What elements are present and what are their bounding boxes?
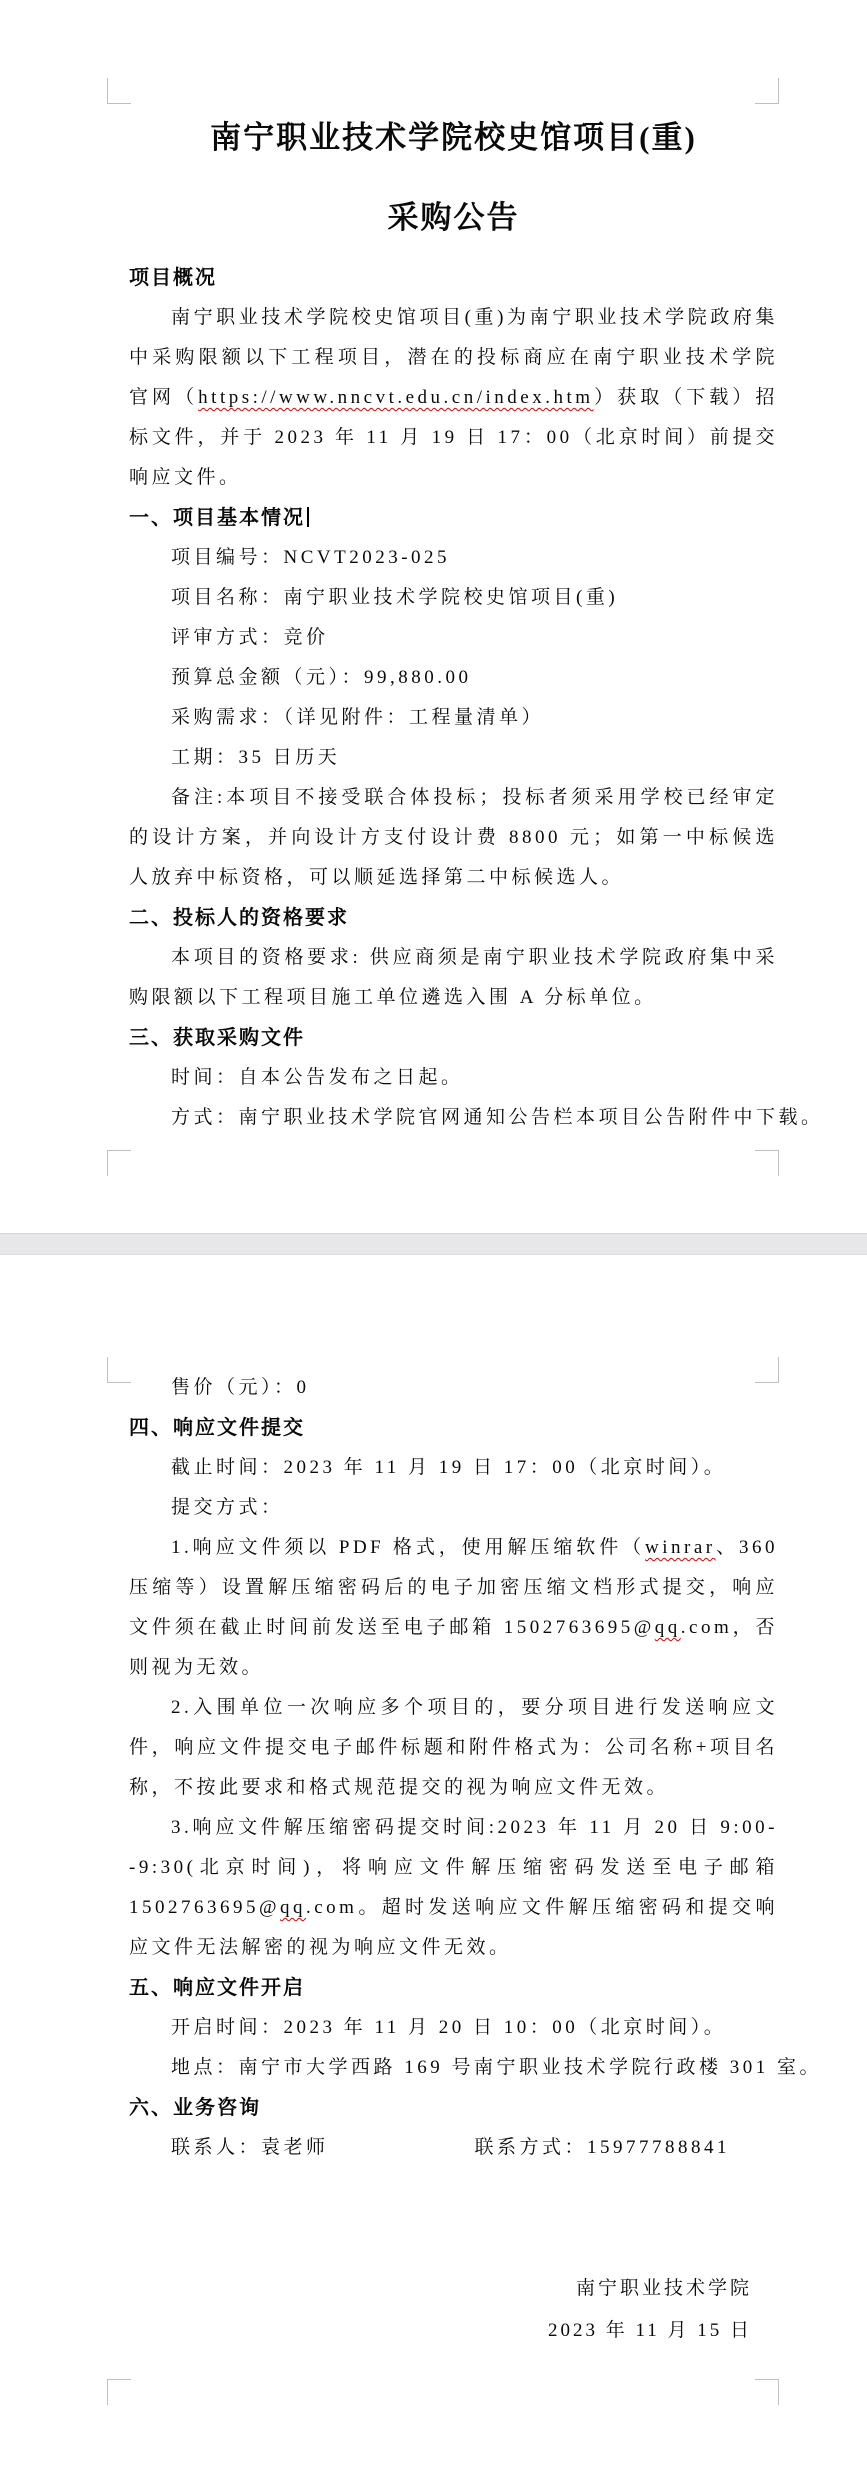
winrar-spellcheck-word: winrar [645, 1537, 716, 1558]
overview-paragraph: 南宁职业技术学院校史馆项目(重)为南宁职业技术学院政府集中采购限额以下工程项目，… [129, 298, 778, 498]
open-location-line: 地点：南宁市大学西路 169 号南宁职业技术学院行政楼 301 室。 [129, 2048, 778, 2088]
signature-date: 2023 年 11 月 15 日 [129, 2310, 752, 2352]
document-page-1[interactable]: 南宁职业技术学院校史馆项目(重) 采购公告 项目概况 南宁职业技术学院校史馆项目… [0, 0, 867, 1233]
page-separator [0, 1233, 867, 1255]
section6-heading: 六、业务咨询 [129, 2088, 778, 2128]
section1-heading: 一、项目基本情况 [129, 498, 778, 538]
qualification-paragraph: 本项目的资格要求: 供应商须是南宁职业技术学院政府集中采购限额以下工程项目施工单… [129, 938, 778, 1018]
document-title-line-1: 南宁职业技术学院校史馆项目(重) [129, 98, 778, 178]
document-page-2[interactable]: 售价（元）：0 四、响应文件提交 截止时间：2023 年 11 月 19 日 1… [0, 1255, 867, 2491]
remark-paragraph: 备注:本项目不接受联合体投标；投标者须采用学校已经审定的设计方案，并向设计方支付… [129, 778, 778, 898]
crop-mark-bottom-right [755, 2379, 779, 2405]
price-line: 售价（元）：0 [129, 1368, 778, 1408]
procurement-website-url: https://www.nncvt.edu.cn/index.htm [198, 387, 593, 408]
document-title-line-2: 采购公告 [129, 178, 778, 258]
obtain-time-line: 时间：自本公告发布之日起。 [129, 1058, 778, 1098]
crop-mark-top-left [107, 78, 131, 104]
text-cursor [307, 507, 309, 527]
submit-item-1: 1.响应文件须以 PDF 格式，使用解压缩软件（winrar、360 压缩等）设… [129, 1528, 778, 1688]
budget-line: 预算总金额（元）：99,880.00 [129, 658, 778, 698]
open-time-line: 开启时间：2023 年 11 月 20 日 10：00（北京时间）。 [129, 2008, 778, 2048]
crop-mark-top-left [107, 1357, 131, 1383]
project-number-line: 项目编号：NCVT2023-025 [129, 538, 778, 578]
section4-heading: 四、响应文件提交 [129, 1408, 778, 1448]
crop-mark-top-right [755, 78, 779, 104]
section5-heading: 五、响应文件开启 [129, 1968, 778, 2008]
signature-organization: 南宁职业技术学院 [129, 2268, 752, 2310]
review-method-line: 评审方式：竞价 [129, 618, 778, 658]
crop-mark-top-right [755, 1357, 779, 1383]
qq-spellcheck-word: qq [655, 1617, 681, 1638]
requirement-line: 采购需求：（详见附件：工程量清单） [129, 698, 778, 738]
submit-item-2: 2.入围单位一次响应多个项目的，要分项目进行发送响应文件，响应文件提交电子邮件标… [129, 1688, 778, 1808]
crop-mark-bottom-right [755, 1150, 779, 1176]
project-name-line: 项目名称：南宁职业技术学院校史馆项目(重) [129, 578, 778, 618]
word-document-view: 南宁职业技术学院校史馆项目(重) 采购公告 项目概况 南宁职业技术学院校史馆项目… [0, 0, 867, 2491]
section3-heading: 三、获取采购文件 [129, 1018, 778, 1058]
contact-row: 联系人：袁老师联系方式：15977788841 [129, 2128, 778, 2168]
obtain-method-line: 方式：南宁职业技术学院官网通知公告栏本项目公告附件中下载。 [129, 1098, 778, 1138]
crop-mark-bottom-left [107, 2379, 131, 2405]
signature-block: 南宁职业技术学院 2023 年 11 月 15 日 [129, 2268, 778, 2352]
deadline-line: 截止时间：2023 年 11 月 19 日 17：00（北京时间）。 [129, 1448, 778, 1488]
submit-method-label: 提交方式： [129, 1488, 778, 1528]
contact-phone: 联系方式：15977788841 [475, 2137, 731, 2158]
qq-spellcheck-word: qq [280, 1897, 306, 1918]
contact-person: 联系人：袁老师 [171, 2137, 329, 2158]
overview-heading: 项目概况 [129, 258, 778, 298]
crop-mark-bottom-left [107, 1150, 131, 1176]
submit-item-3: 3.响应文件解压缩密码提交时间:2023 年 11 月 20 日 9:00--9… [129, 1808, 778, 1968]
duration-line: 工期：35 日历天 [129, 738, 778, 778]
section2-heading: 二、投标人的资格要求 [129, 898, 778, 938]
